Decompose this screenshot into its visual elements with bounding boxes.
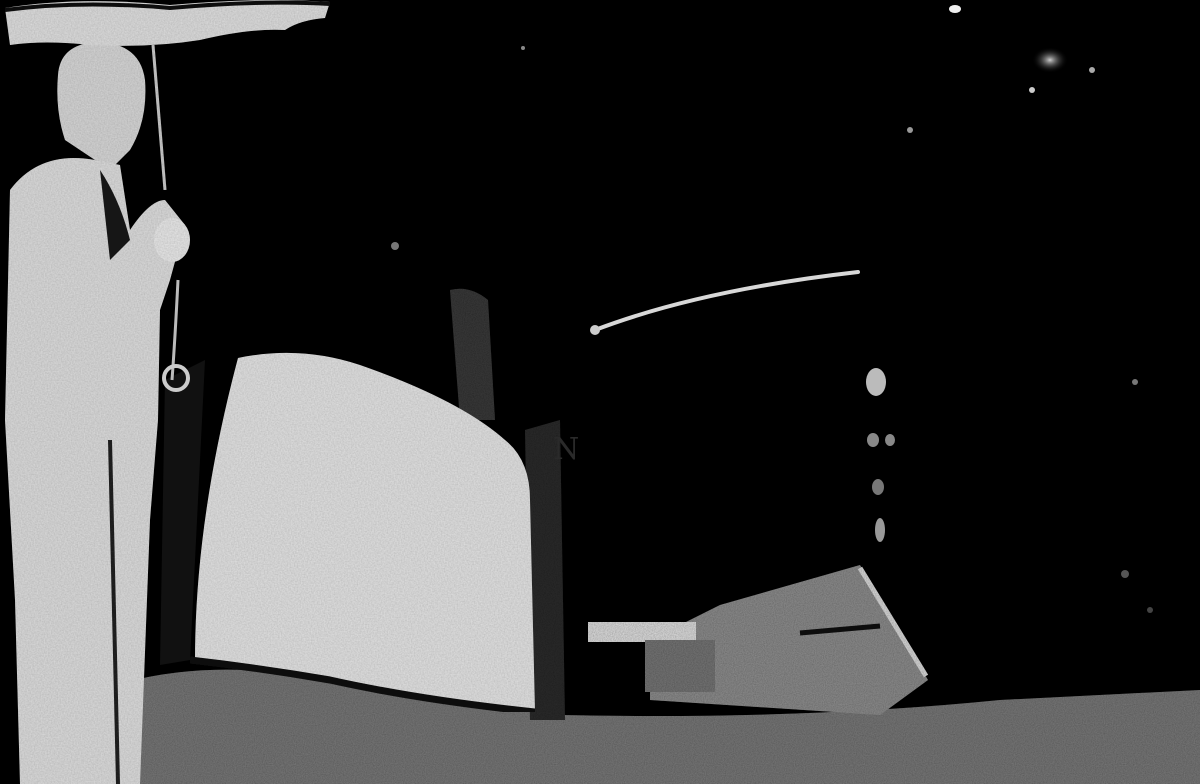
stray-letter: N [553, 432, 579, 467]
photo-scene [0, 0, 1200, 784]
